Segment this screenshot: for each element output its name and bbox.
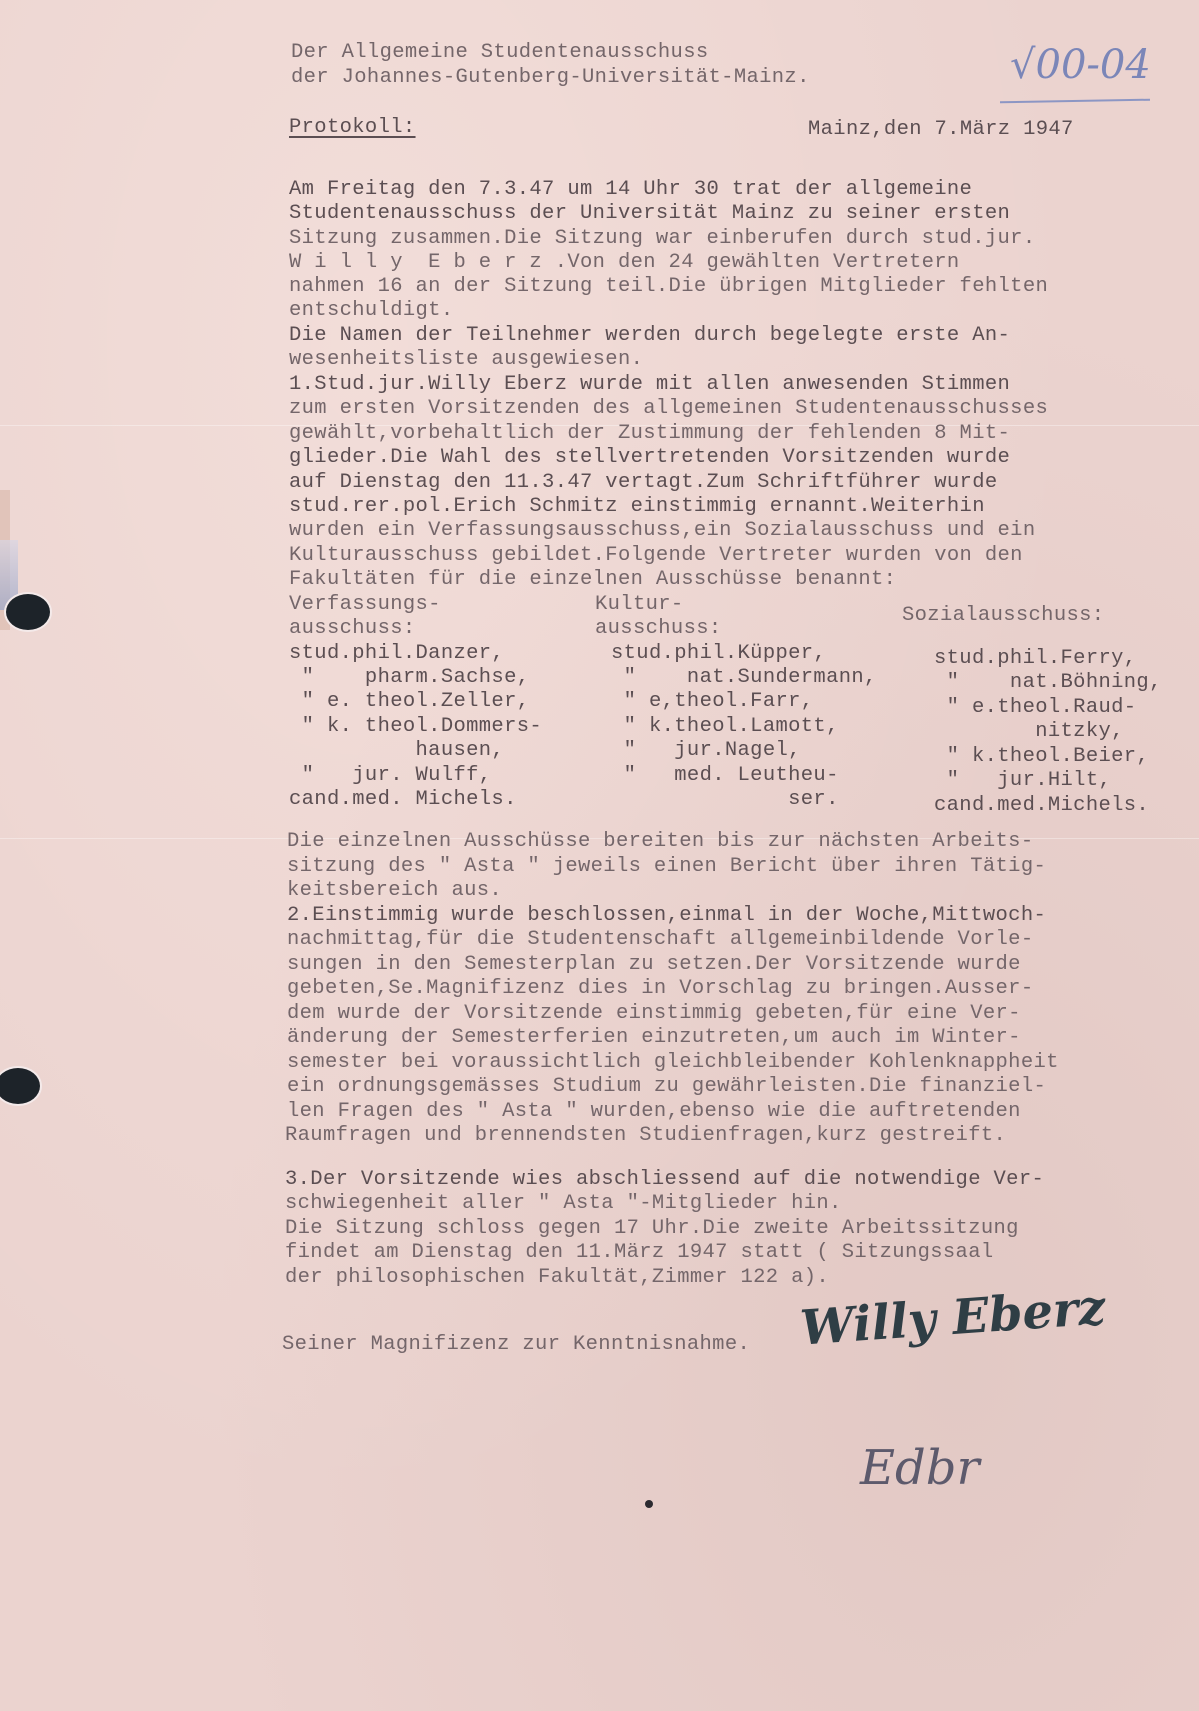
committee-member: " jur. Wulff, [289, 764, 491, 788]
body-line: Die einzelnen Ausschüsse bereiten bis zu… [287, 830, 1033, 854]
committee-heading: Sozialausschuss: [902, 604, 1104, 628]
committee-member: " pharm.Sachse, [289, 666, 529, 690]
body-line: nahmen 16 an der Sitzung teil.Die übrige… [289, 275, 1048, 299]
archive-mark: √00-04 [1010, 42, 1151, 88]
committee-heading: ausschuss: [289, 617, 416, 641]
body-line: gebeten,Se.Magnifizenz dies in Vorschlag… [287, 977, 1033, 1001]
body-line: Studentenausschuss der Universität Mainz… [289, 202, 1010, 226]
body-line: schwiegenheit aller " Asta "-Mitglieder … [285, 1192, 842, 1216]
committee-member: " e,theol.Farr, [611, 690, 813, 714]
committee-member: " k.theol.Beier, [934, 745, 1149, 769]
committee-member: " med. Leutheu- [611, 764, 839, 788]
committee-member: ser. [611, 788, 839, 812]
body-line: semester bei voraussichtlich gleichbleib… [287, 1051, 1059, 1075]
body-line: Kulturausschuss gebildet.Folgende Vertre… [289, 544, 1023, 568]
committee-heading: ausschuss: [595, 617, 722, 641]
ink-dot [645, 1500, 653, 1508]
body-line: Raumfragen und brennendsten Studienfrage… [285, 1124, 1006, 1148]
punch-hole-icon [0, 1068, 40, 1104]
committee-member: " jur.Hilt, [934, 769, 1111, 793]
body-line: dem wurde der Vorsitzende einstimmig geb… [287, 1002, 1021, 1026]
committee-member: " nat.Böhning, [934, 671, 1162, 695]
committee-member: " nat.Sundermann, [611, 666, 877, 690]
committee-member: stud.phil.Ferry, [934, 647, 1136, 671]
body-line: Die Sitzung schloss gegen 17 Uhr.Die zwe… [285, 1217, 1019, 1241]
committee-heading: Kultur- [595, 593, 684, 617]
committee-heading: Verfassungs- [289, 593, 441, 617]
body-line: auf Dienstag den 11.3.47 vertagt.Zum Sch… [289, 471, 998, 495]
body-line: wesenheitsliste ausgewiesen. [289, 348, 643, 372]
body-line: keitsbereich aus. [287, 879, 502, 903]
body-line: Fakultäten für die einzelnen Ausschüsse … [289, 568, 896, 592]
body-line: der philosophischen Fakultät,Zimmer 122 … [285, 1266, 829, 1290]
committee-member: stud.phil.Danzer, [289, 642, 504, 666]
committee-member: cand.med. Michels. [289, 788, 517, 812]
body-line: zum ersten Vorsitzenden des allgemeinen … [289, 397, 1048, 421]
body-line: entschuldigt. [289, 299, 453, 323]
body-line: Sitzung zusammen.Die Sitzung war einberu… [289, 227, 1035, 251]
committee-member: " e. theol.Zeller, [289, 690, 529, 714]
body-line: findet am Dienstag den 11.März 1947 stat… [285, 1241, 994, 1265]
body-line: Am Freitag den 7.3.47 um 14 Uhr 30 trat … [289, 178, 972, 202]
signature: Willy Eberz [798, 1279, 1107, 1356]
body-line: nachmittag,für die Studentenschaft allge… [287, 928, 1033, 952]
punch-hole-icon [6, 594, 50, 630]
committee-member: " k.theol.Lamott, [611, 715, 839, 739]
document-title: Protokoll: [289, 116, 416, 140]
committee-member: " jur.Nagel, [611, 739, 801, 763]
committee-member: stud.phil.Küpper, [611, 642, 826, 666]
body-line: len Fragen des " Asta " wurden,ebenso wi… [287, 1100, 1021, 1124]
body-line: sitzung des " Asta " jeweils einen Beric… [287, 855, 1046, 879]
body-line: glieder.Die Wahl des stellvertretenden V… [289, 446, 1010, 470]
committee-member: nitzky, [934, 720, 1124, 744]
footer-note: Seiner Magnifizenz zur Kenntnisnahme. [282, 1333, 750, 1357]
committee-member: " k. theol.Dommers- [289, 715, 542, 739]
body-line: 2.Einstimmig wurde beschlossen,einmal in… [287, 904, 1046, 928]
body-line: wurden ein Verfassungsausschuss,ein Sozi… [289, 519, 1035, 543]
body-line: gewählt,vorbehaltlich der Zustimmung der… [289, 422, 1010, 446]
body-line: ein ordnungsgemässes Studium zu gewährle… [287, 1075, 1046, 1099]
handwritten-initials: Edbr [860, 1440, 979, 1496]
committee-member: cand.med.Michels. [934, 794, 1149, 818]
body-line: W i l l y E b e r z .Von den 24 gewählte… [289, 251, 960, 275]
body-line: stud.rer.pol.Erich Schmitz einstimmig er… [289, 495, 985, 519]
header-organization: Der Allgemeine Studentenausschuss [291, 41, 709, 65]
body-line: 3.Der Vorsitzende wies abschliessend auf… [285, 1168, 1044, 1192]
archive-mark-underline [1000, 99, 1150, 104]
header-university: der Johannes-Gutenberg-Universität-Mainz… [291, 66, 810, 90]
place-date: Mainz,den 7.März 1947 [808, 118, 1074, 142]
committee-member: " e.theol.Raud- [934, 696, 1136, 720]
committee-member: hausen, [289, 739, 504, 763]
body-line: änderung der Semesterferien einzutreten,… [287, 1026, 1021, 1050]
body-line: sungen in den Semesterplan zu setzen.Der… [287, 953, 1021, 977]
body-line: Die Namen der Teilnehmer werden durch be… [289, 324, 1010, 348]
body-line: 1.Stud.jur.Willy Eberz wurde mit allen a… [289, 373, 1010, 397]
